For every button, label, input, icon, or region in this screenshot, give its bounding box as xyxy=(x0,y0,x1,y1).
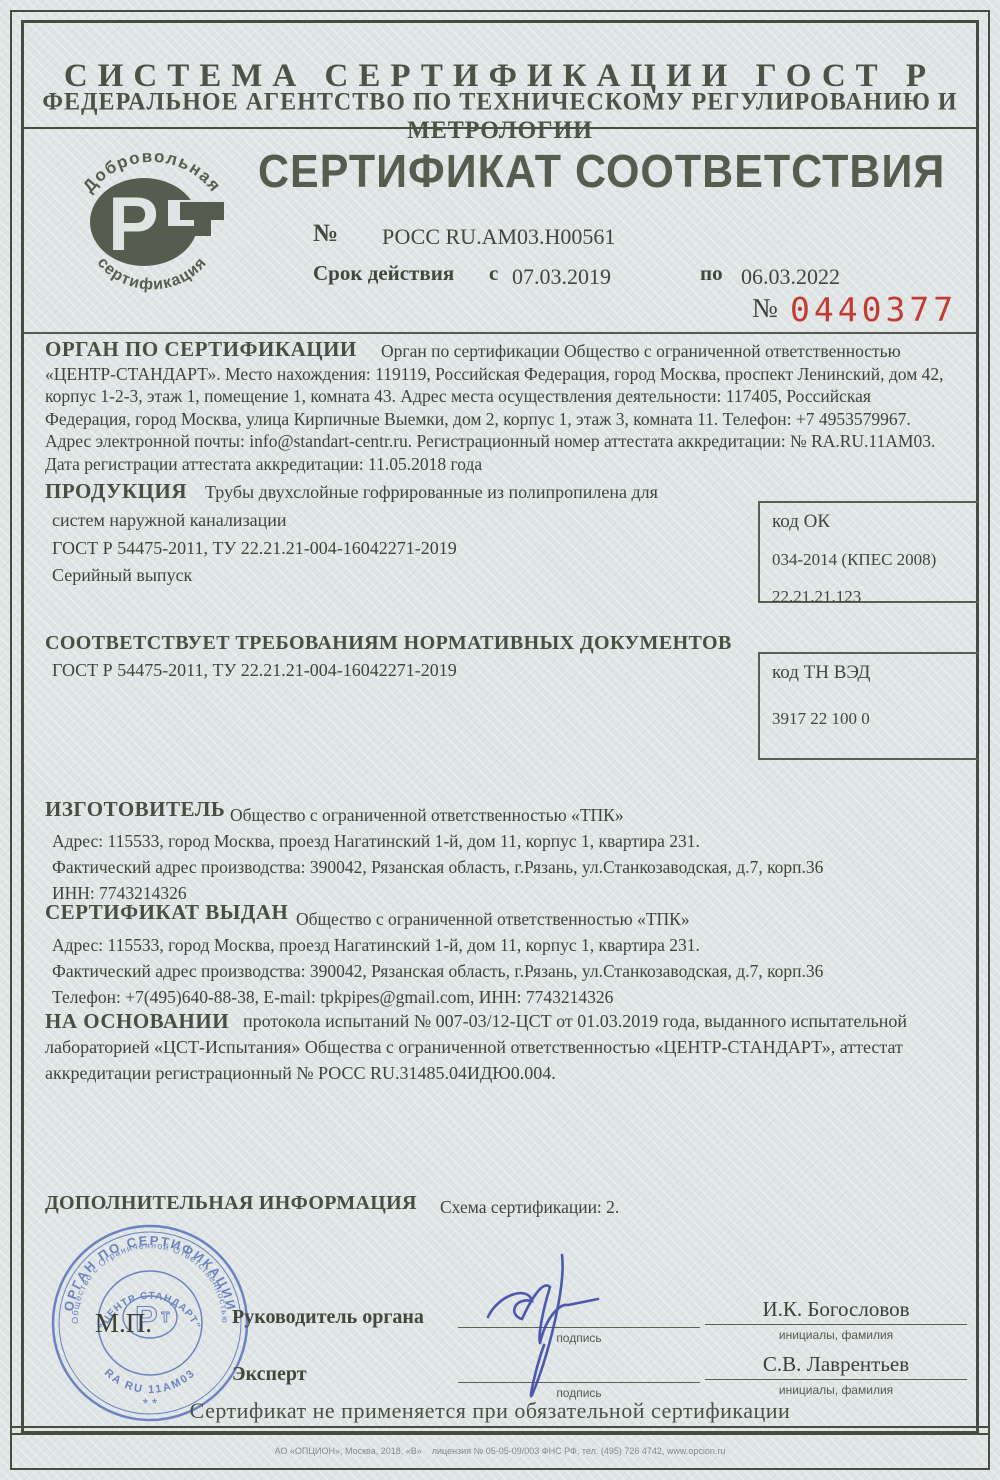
conformity-label: СООТВЕТСТВУЕТ ТРЕБОВАНИЯМ НОРМАТИВНЫХ ДО… xyxy=(45,632,732,655)
additional-info-label: ДОПОЛНИТЕЛЬНАЯ ИНФОРМАЦИЯ xyxy=(45,1192,417,1215)
ok-code-value-1: 034-2014 (КПЕС 2008) xyxy=(772,549,967,570)
certificate-title: СЕРТИФИКАТ СООТВЕТСТВИЯ xyxy=(258,146,958,199)
signature-ink-icon xyxy=(440,1245,670,1410)
logo-letter-r: Р xyxy=(108,182,159,267)
product-label: ПРОДУКЦИЯ xyxy=(45,479,187,504)
manufacturer-intro: Общество с ограниченной ответственностью… xyxy=(230,805,624,826)
validity-label: Срок действия xyxy=(313,261,454,286)
section-basis: НА ОСНОВАНИИ протокола испытаний № 007-0… xyxy=(45,1008,953,1086)
stamp-place-label: М.П. xyxy=(95,1308,152,1339)
product-line-4: Серийный выпуск xyxy=(52,565,192,586)
product-line-1: Трубы двухслойные гофрированные из полип… xyxy=(205,482,658,503)
agency-title: ФЕДЕРАЛЬНОЕ АГЕНТСТВО ПО ТЕХНИЧЕСКОМУ РЕ… xyxy=(0,89,1000,146)
stamp-center-letter-t: т xyxy=(161,1306,170,1326)
manufacturer-line-1: Адрес: 115533, город Москва, проезд Нага… xyxy=(52,831,700,852)
head-name: И.К. Богословов xyxy=(705,1297,967,1322)
top-section-divider xyxy=(24,332,976,334)
section-certification-body: ОРГАН ПО СЕРТИФИКАЦИИ Орган по сертифика… xyxy=(45,340,957,476)
form-number-value: 0440377 xyxy=(790,290,957,329)
validity-to-label: по xyxy=(700,261,723,286)
tnved-code-value: 3917 22 100 0 xyxy=(772,708,967,729)
issued-to-line-2: Фактический адрес производства: 390042, … xyxy=(52,961,823,982)
additional-info-text: Схема сертификации: 2. xyxy=(440,1197,619,1218)
issued-to-intro: Общество с ограниченной ответственностью… xyxy=(296,909,690,930)
validity-from-date: 07.03.2019 xyxy=(512,264,611,290)
head-name-line xyxy=(705,1324,967,1325)
ok-code-value-2: 22.21.21.123 xyxy=(772,586,967,607)
manufacturer-line-2: Фактический адрес производства: 390042, … xyxy=(52,857,823,878)
conformity-text: ГОСТ Р 54475-2011, ТУ 22.21.21-004-16042… xyxy=(52,660,457,681)
validity-from-label: с xyxy=(489,261,498,286)
expert-name: С.В. Лаврентьев xyxy=(705,1352,967,1377)
tnved-code-label: код ТН ВЭД xyxy=(772,662,967,684)
validity-to-date: 06.03.2022 xyxy=(741,264,840,290)
ok-code-box: код ОК 034-2014 (КПЕС 2008) 22.21.21.123 xyxy=(758,501,979,603)
issued-to-label: СЕРТИФИКАТ ВЫДАН xyxy=(45,900,288,925)
manufacturer-label: ИЗГОТОВИТЕЛЬ xyxy=(45,797,225,822)
form-number-label: № xyxy=(752,293,778,324)
head-name-caption: инициалы, фамилия xyxy=(705,1328,967,1342)
cert-number-label: № xyxy=(313,220,338,248)
footer-note: Сертификат не применяется при обязательн… xyxy=(0,1398,980,1424)
head-role-label: Руководитель органа xyxy=(232,1306,424,1329)
expert-name-line xyxy=(705,1379,967,1380)
tnved-code-box: код ТН ВЭД 3917 22 100 0 xyxy=(758,652,979,760)
issued-to-line-3: Телефон: +7(495)640-88-38, E-mail: tpkpi… xyxy=(52,987,613,1008)
certification-body-label: ОРГАН ПО СЕРТИФИКАЦИИ xyxy=(45,338,357,361)
svg-text:RA RU 11АМ03: RA RU 11АМ03 xyxy=(102,1367,198,1396)
basis-label: НА ОСНОВАНИИ xyxy=(45,1008,229,1034)
rst-logo-icon: Добровольная сертификация Р xyxy=(62,142,242,297)
expert-name-caption: инициалы, фамилия xyxy=(705,1383,967,1397)
cert-number-value: РОСС RU.AM03.H00561 xyxy=(382,224,615,250)
product-line-3: ГОСТ Р 54475-2011, ТУ 22.21.21-004-16042… xyxy=(52,538,457,559)
expert-role-label: Эксперт xyxy=(232,1363,307,1386)
issued-to-line-1: Адрес: 115533, город Москва, проезд Нага… xyxy=(52,935,700,956)
product-line-2: систем наружной канализации xyxy=(52,510,287,531)
stamp-ring-bottom-text: RA RU 11АМ03 xyxy=(102,1367,198,1396)
print-house-info: АО «ОПЦИОН», Москва, 2018, «В» лицензия … xyxy=(0,1446,1000,1456)
ok-code-label: код ОК xyxy=(772,511,967,533)
certificate-page: СИСТЕМА СЕРТИФИКАЦИИ ГОСТ Р ФЕДЕРАЛЬНОЕ … xyxy=(0,0,1000,1480)
